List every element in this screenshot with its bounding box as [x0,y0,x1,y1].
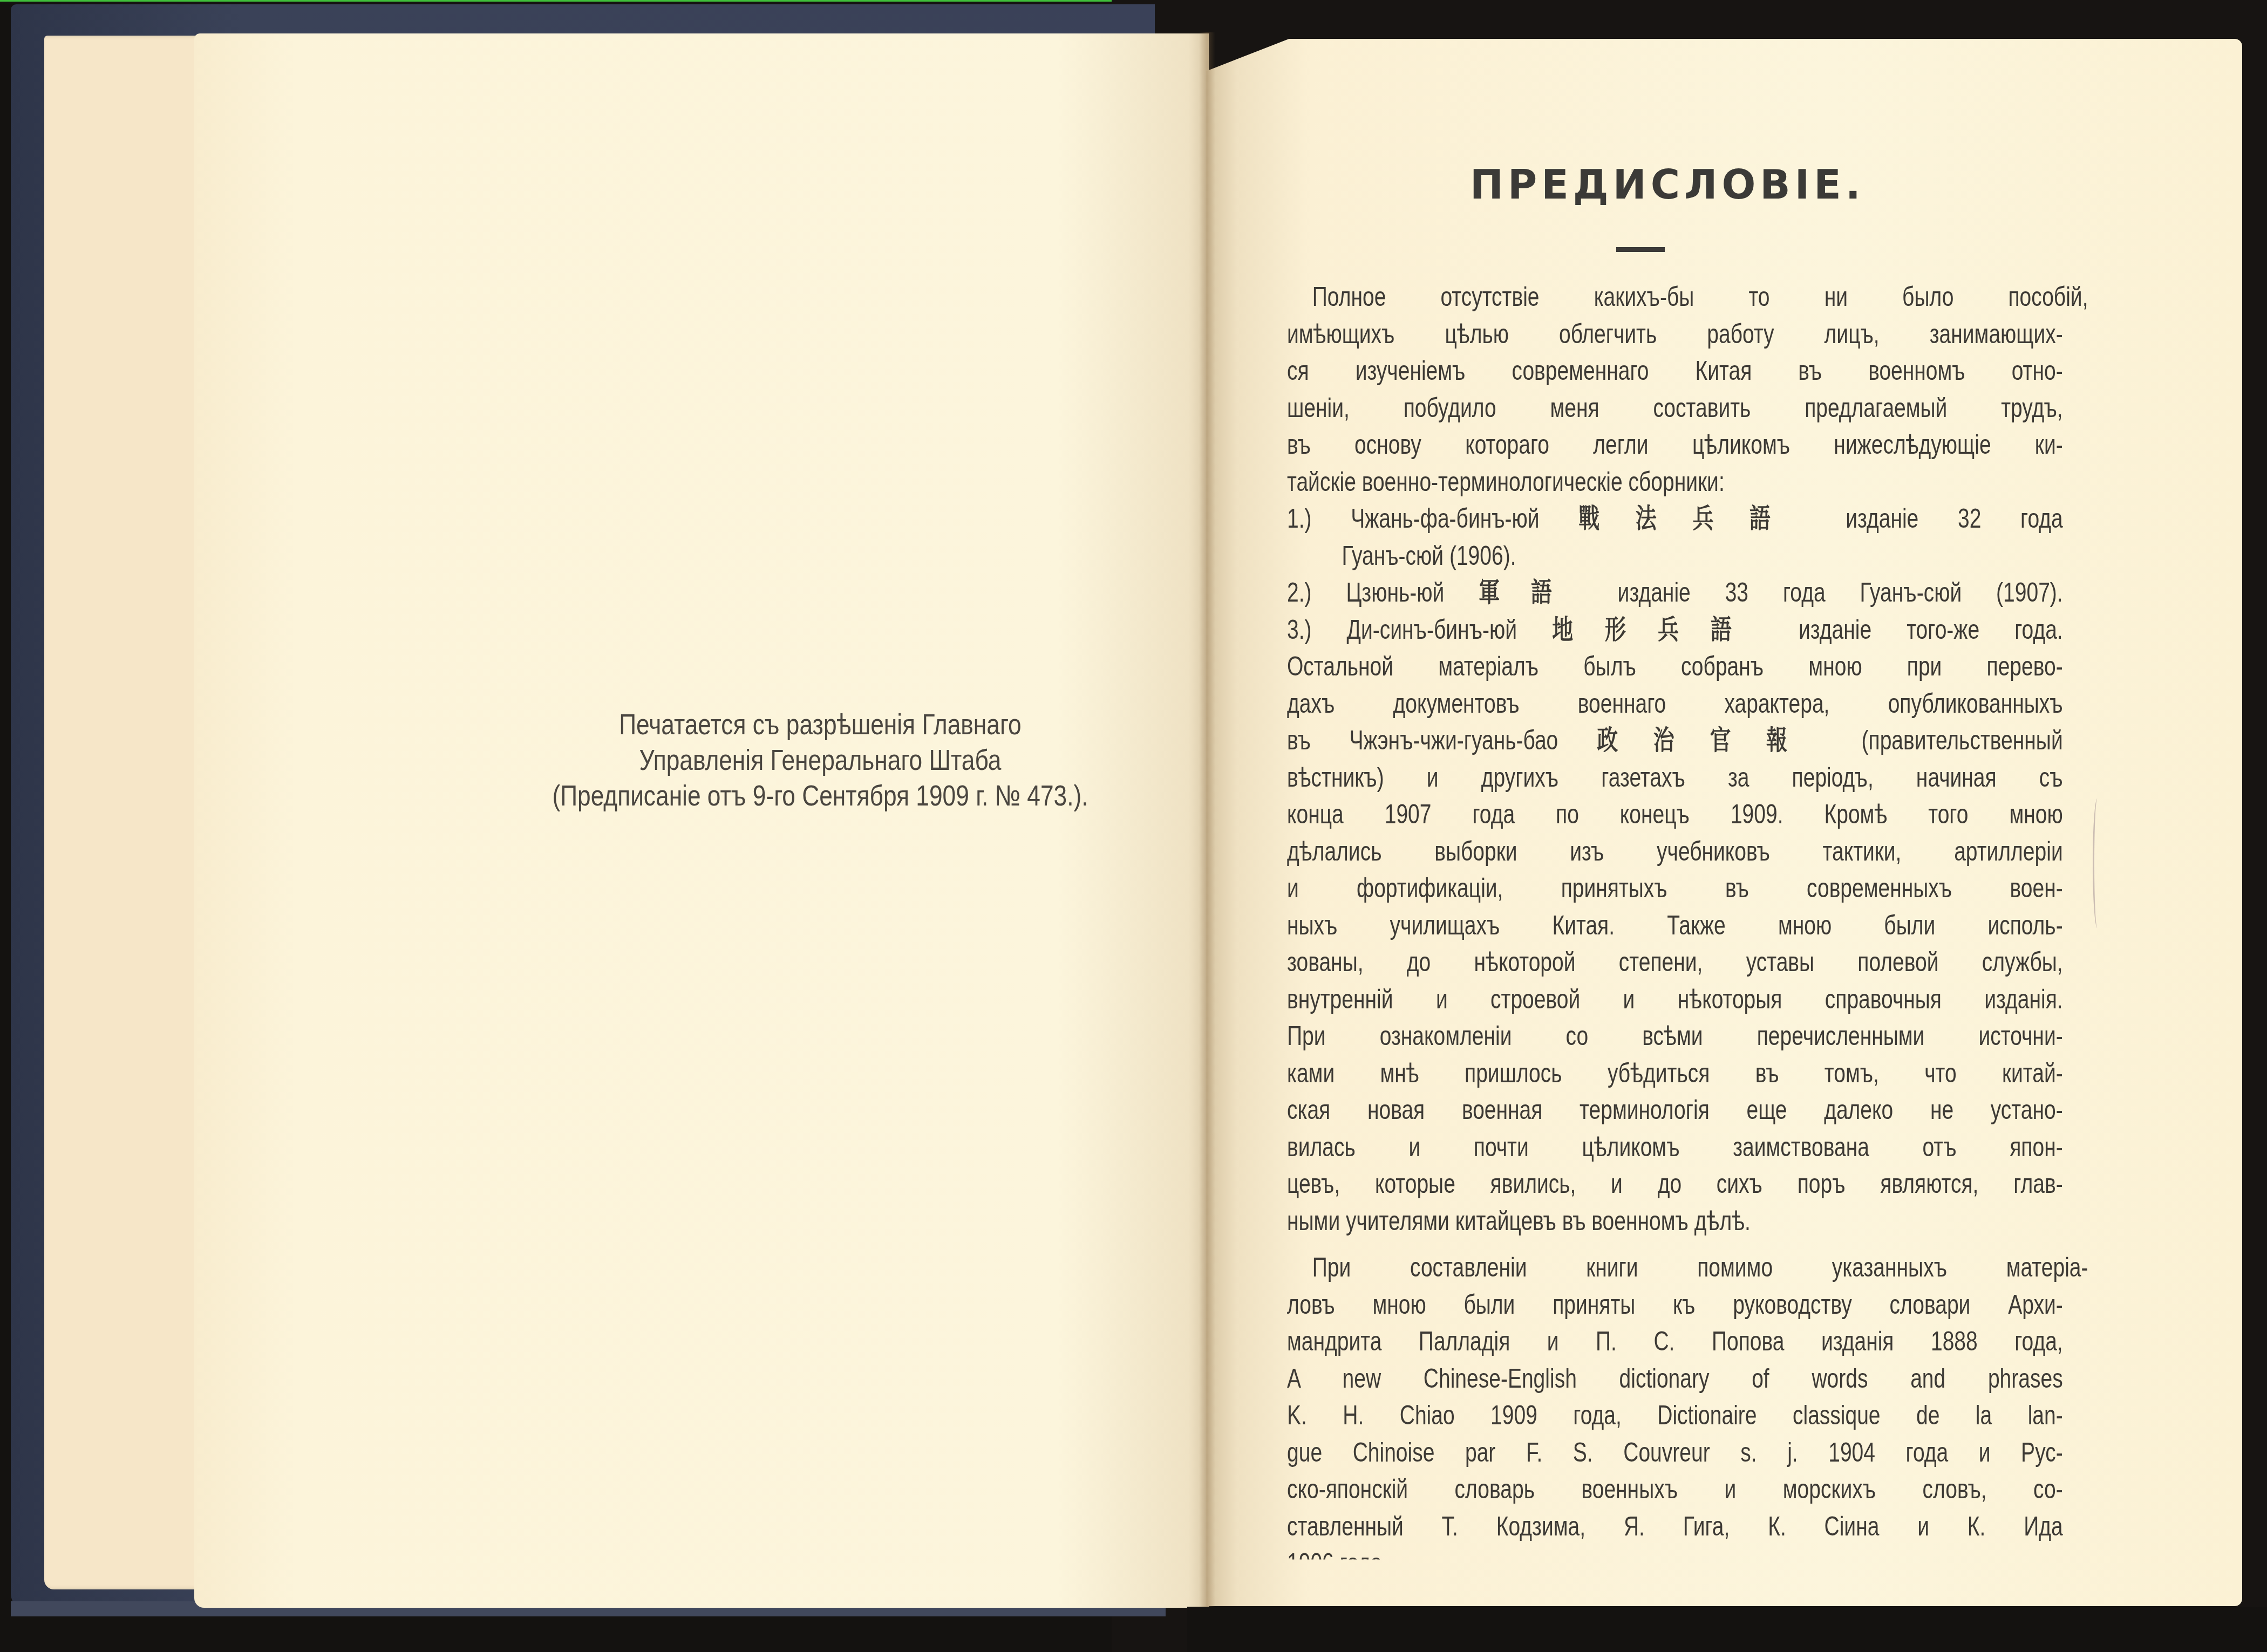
source-edition: изданіе того-же года. [1799,615,2063,645]
imprint-line: Печатается съ разрѣшенія Главнаго [510,707,1130,742]
text-line: зованы, до нѣкоторой степени, уставы пол… [1287,944,2063,981]
text-line: При составленіи книги помимо указанныхъ … [1287,1249,2088,1286]
text-line: внутренній и строевой и нѣкоторыя справо… [1287,981,2063,1018]
pencil-margin-mark [2093,798,2102,928]
text-line: ками мнѣ пришлось убѣдиться въ томъ, что… [1287,1055,2063,1092]
source-name: Цзюнь-юй [1346,577,1444,607]
source-item-2: 2.) Цзюнь-юй 軍語 изданіе 33 года Гуанъ-сю… [1287,574,2063,611]
bottom-background [1187,1607,2267,1652]
left-page [194,33,1209,1608]
chinese-title: 軍語 [1479,577,1583,608]
paragraph-gap [1287,1239,2064,1249]
text-line: При ознакомленіи со всѣми перечисленными… [1287,1018,2063,1055]
source-item-3: 3.) Ди-синъ-бинъ-юй 地形兵語 изданіе того-же… [1287,611,2063,648]
text-line: ловъ мною были приняты къ руководству сл… [1287,1286,2063,1323]
text-line: мандрита Палладія и П. С. Попова изданія… [1287,1323,2063,1360]
text-line: ставленный Т. Кодзима, Я. Гига, К. Сіина… [1287,1508,2063,1545]
source-edition: изданіе 32 года [1846,503,2063,534]
text-line-with-chinese: въ Чжэнъ-чжи-гуань-бао 政治官報 (правительст… [1287,722,2063,759]
text-line: ными учителями китайцевъ въ военномъ дѣл… [1287,1203,2063,1240]
text-line: имѣющихъ цѣлью облегчить работу лицъ, за… [1287,316,2063,353]
source-item-1-cont: Гуанъ-сюй (1906). [1287,537,2118,575]
censorship-imprint: Печатается съ разрѣшенія Главнаго Управл… [510,707,1130,814]
text-line: Остальной матеріалъ былъ собранъ мною пр… [1287,648,2063,685]
text-line: конца 1907 года по конецъ 1909. Кромѣ то… [1287,796,2063,833]
list-number: 1.) [1287,503,1312,534]
source-edition: изданіе 33 года Гуанъ-сюй (1907). [1618,577,2063,607]
text-line: Полное отсутствіе какихъ-бы то ни было п… [1287,278,2088,316]
preface-text: Полное отсутствіе какихъ-бы то ни было п… [1287,278,2064,1582]
page-title: ПРЕДИСЛОВІЕ. [1414,162,1921,208]
title-rule [1616,247,1665,252]
text-line: и фортификаціи, принятыхъ въ современных… [1287,870,2063,907]
text-line: K. H. Chiao 1909 года, Dictionaire class… [1287,1397,2063,1434]
text-line: тайскіе военно-терминологическіе сборник… [1287,463,2063,501]
text-fragment: (правительственный [1862,725,2063,755]
text-line: вѣстникъ) и другихъ газетахъ за періодъ,… [1287,759,2063,796]
text-line: ско-японскій словарь военныхъ и морскихъ… [1287,1471,2063,1508]
text-line: цевъ, которые явились, и до сихъ поръ яв… [1287,1165,2063,1203]
text-line-cut-off: 1906 года. [1287,1545,2063,1582]
text-line: ныхъ училищахъ Китая. Также мною были ис… [1287,907,2063,944]
text-line: ся изученіемъ современнаго Китая въ воен… [1287,352,2063,390]
text-fragment: въ Чжэнъ-чжи-гуань-бао [1287,725,1558,755]
source-name: Чжань-фа-бинъ-юй [1351,503,1539,534]
chinese-title: 地形兵語 [1552,614,1764,645]
source-item-1: 1.) Чжань-фа-бинъ-юй 戰法兵語 изданіе 32 год… [1287,500,2063,537]
text-line: дѣлались выборки изъ учебниковъ тактики,… [1287,833,2063,870]
flyleaf [44,36,217,1589]
book-gutter [1199,32,1215,1613]
text-line: A new Chinese-English dictionary of word… [1287,1360,2063,1397]
imprint-line: (Предписаніе отъ 9-го Сентября 1909 г. №… [510,778,1130,814]
list-number: 3.) [1287,615,1312,645]
list-number: 2.) [1287,577,1312,607]
text-line: ская новая военная терминологія еще дале… [1287,1091,2063,1129]
text-line: вилась и почти цѣликомъ заимствована отъ… [1287,1129,2063,1166]
text-line: въ основу котораго легли цѣликомъ нижесл… [1287,426,2063,463]
text-line: шеніи, побудило меня составить предлагае… [1287,390,2063,427]
source-name: Ди-синъ-бинъ-юй [1347,615,1517,645]
chinese-title: 政治官報 [1597,725,1823,756]
text-line: gue Chinoise par F. S. Couvreur s. j. 19… [1287,1434,2063,1471]
imprint-line: Управленія Генеральнаго Штаба [510,742,1130,778]
text-line: дахъ документовъ военнаго характера, опу… [1287,685,2063,722]
chinese-title: 戰法兵語 [1578,503,1806,534]
